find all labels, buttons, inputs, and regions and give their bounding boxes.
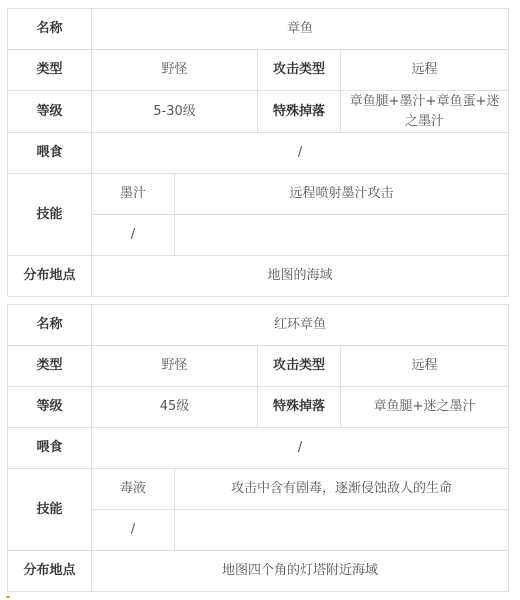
row-level: 等级 5-30级 特殊掉落 章鱼腿+墨汁+章鱼蛋+迷之墨汁: [8, 91, 509, 133]
type-value: 野怪: [92, 50, 258, 91]
monster-info-table-octopus: 名称 章鱼 类型 野怪 攻击类型 远程 等级 5-30级 特殊掉落 章鱼腿+墨汁…: [7, 8, 509, 297]
location-value: 地图四个角的灯塔附近海域: [92, 551, 509, 592]
row-type: 类型 野怪 攻击类型 远程: [8, 346, 509, 387]
location-label: 分布地点: [8, 551, 92, 592]
level-value: 45级: [92, 387, 258, 428]
text-cursor-marker: [6, 596, 10, 598]
feed-value: /: [92, 428, 509, 469]
name-value: 章鱼: [92, 9, 509, 50]
attack-type-value: 远程: [341, 346, 509, 387]
row-location: 分布地点 地图的海域: [8, 256, 509, 297]
skill-desc: [175, 215, 509, 256]
skill-desc: [175, 510, 509, 551]
drop-value: 章鱼腿+迷之墨汁: [341, 387, 509, 428]
row-feed: 喂食 /: [8, 428, 509, 469]
feed-label: 喂食: [8, 133, 92, 174]
skill-name: /: [92, 215, 175, 256]
row-name: 名称 红环章鱼: [8, 305, 509, 346]
attack-type-label: 攻击类型: [258, 346, 341, 387]
skill-label: 技能: [8, 469, 92, 551]
name-value: 红环章鱼: [92, 305, 509, 346]
drop-value: 章鱼腿+墨汁+章鱼蛋+迷之墨汁: [341, 91, 509, 133]
feed-value: /: [92, 133, 509, 174]
skill-name: 墨汁: [92, 174, 175, 215]
drop-label: 特殊掉落: [258, 387, 341, 428]
row-name: 名称 章鱼: [8, 9, 509, 50]
attack-type-label: 攻击类型: [258, 50, 341, 91]
row-location: 分布地点 地图四个角的灯塔附近海域: [8, 551, 509, 592]
row-feed: 喂食 /: [8, 133, 509, 174]
feed-label: 喂食: [8, 428, 92, 469]
location-value: 地图的海域: [92, 256, 509, 297]
level-label: 等级: [8, 91, 92, 133]
type-label: 类型: [8, 50, 92, 91]
name-label: 名称: [8, 305, 92, 346]
location-label: 分布地点: [8, 256, 92, 297]
level-label: 等级: [8, 387, 92, 428]
row-level: 等级 45级 特殊掉落 章鱼腿+迷之墨汁: [8, 387, 509, 428]
skill-name: 毒液: [92, 469, 175, 510]
skill-desc: 攻击中含有剧毒，逐渐侵蚀敌人的生命: [175, 469, 509, 510]
skill-name: /: [92, 510, 175, 551]
name-label: 名称: [8, 9, 92, 50]
type-label: 类型: [8, 346, 92, 387]
skill-label: 技能: [8, 174, 92, 256]
row-type: 类型 野怪 攻击类型 远程: [8, 50, 509, 91]
monster-info-table-red-ring-octopus: 名称 红环章鱼 类型 野怪 攻击类型 远程 等级 45级 特殊掉落 章鱼腿+迷之…: [7, 304, 509, 592]
drop-label: 特殊掉落: [258, 91, 341, 133]
level-value: 5-30级: [92, 91, 258, 133]
skill-desc: 远程喷射墨汁攻击: [175, 174, 509, 215]
row-skill-1: 技能 毒液 攻击中含有剧毒，逐渐侵蚀敌人的生命: [8, 469, 509, 510]
row-skill-1: 技能 墨汁 远程喷射墨汁攻击: [8, 174, 509, 215]
type-value: 野怪: [92, 346, 258, 387]
attack-type-value: 远程: [341, 50, 509, 91]
